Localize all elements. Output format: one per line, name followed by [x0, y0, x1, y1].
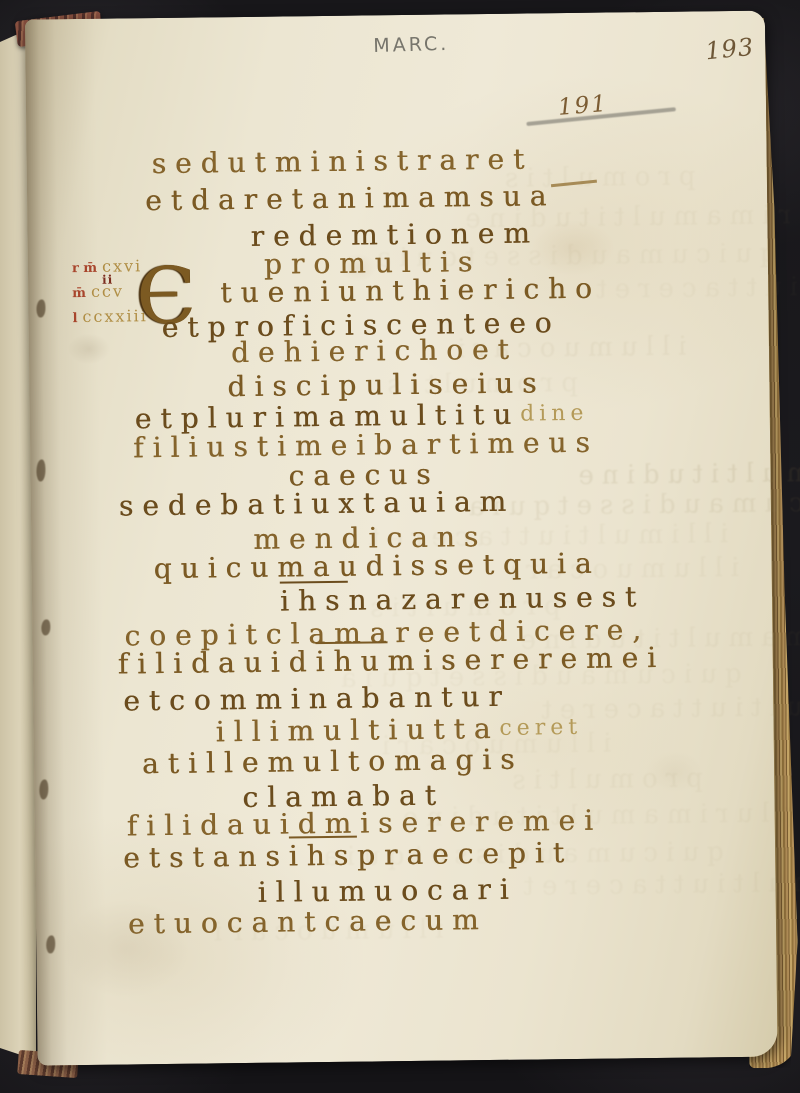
manuscript-line: ihsnazarenusest: [280, 583, 645, 615]
line-segment: etdaretanimamsua: [145, 179, 556, 217]
manuscript-line: filidauidihumisereremei: [118, 644, 666, 679]
line-segment: ceret: [499, 715, 582, 741]
sewing-hole: [36, 459, 45, 481]
line-segment: tueniunthiericho: [220, 272, 601, 310]
manuscript-line: etstansihspraecepit: [123, 839, 573, 872]
line-segment: quicumaudissetquia: [153, 547, 600, 585]
line-segment: misereremei: [387, 641, 665, 677]
line-segment: atillemultomagis: [142, 743, 524, 781]
folio-number: 193: [704, 33, 755, 66]
manuscript-line: tueniunthiericho: [220, 275, 601, 308]
showthrough-line: etplurimamultitudine: [570, 456, 800, 491]
line-segment: sedebatiuxtauiam: [119, 485, 516, 523]
showthrough-line: promultis: [504, 763, 703, 795]
showthrough-line: illimultiuttaceret: [515, 867, 800, 901]
manuscript-line: discipuliseius: [227, 369, 545, 401]
manuscript-line: atillemultomagis: [142, 746, 524, 779]
manuscript-line: quicumaudissetquia: [153, 550, 600, 583]
line-segment: etuocantcaecum: [128, 903, 488, 940]
line-segment: nazarenusest: [348, 580, 645, 617]
line-segment: praecepit: [357, 836, 573, 872]
line-segment: filidauid: [118, 645, 316, 680]
canon-prefix: m̄: [72, 286, 86, 301]
canon-prefix: r m̄: [72, 261, 97, 276]
manuscript-line: dehierichoet: [231, 336, 518, 368]
manuscript-line: etdaretanimamsua¯: [145, 182, 598, 216]
line-segment: ¯: [551, 180, 597, 188]
nomen-sacrum: ihu: [315, 641, 387, 678]
photograph-background: MARC. 193 191 r m̄cxvim̄ccviilccxxiii Є …: [0, 0, 800, 1093]
sewing-hole: [39, 779, 48, 799]
line-segment: sedutministraret: [151, 142, 533, 180]
sewing-hole: [46, 935, 55, 953]
running-title: MARC.: [373, 33, 450, 57]
canon-prefix: l: [72, 311, 77, 326]
manuscript-page: MARC. 193 191 r m̄cxvim̄ccviilccxxiii Є …: [25, 11, 778, 1066]
sewing-hole: [36, 299, 45, 317]
manuscript-line: illimultiuttaceret: [215, 714, 582, 746]
sewing-hole: [41, 619, 50, 635]
manuscript-line: sedutministraret: [152, 145, 534, 178]
line-segment: dine: [520, 401, 589, 427]
manuscript-line: sedebatiuxtauiam: [119, 488, 516, 521]
sewing-holes: [25, 11, 765, 20]
nomen-sacrum: ihs: [288, 836, 357, 873]
verso-showthrough: promultisetplurimamultitudinequicumaudis…: [25, 11, 765, 20]
manuscript-line: filidauidmisereremei: [127, 807, 603, 841]
line-segment: etstans: [123, 839, 289, 874]
manuscript-line: etcomminabantur: [123, 683, 511, 716]
manuscript-line: etuocantcaecum: [128, 906, 488, 938]
nomen-sacrum: ihs: [280, 581, 349, 618]
manuscript-line: filiustimeibartimeus: [133, 429, 599, 463]
line-segment: dehierichoet: [231, 333, 518, 370]
text-block: sedutministraretetdaretanimamsua¯redemti…: [25, 11, 765, 20]
canon-correction-mark: ii: [102, 273, 113, 287]
